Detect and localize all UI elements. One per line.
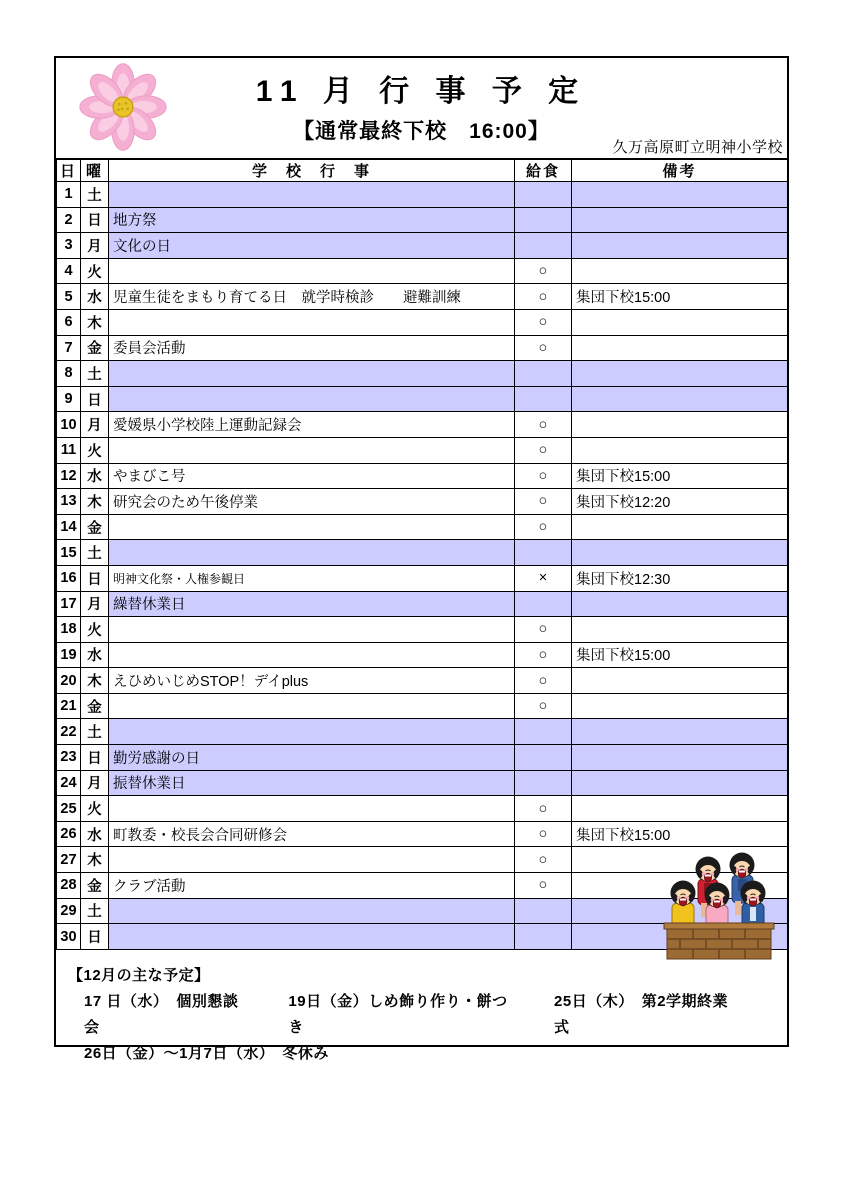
lunch-mark-cell: ○ bbox=[515, 284, 572, 310]
table-row: 15 土 bbox=[57, 540, 788, 566]
event-cell bbox=[109, 309, 515, 335]
event-cell: 愛媛県小学校陸上運動記録会 bbox=[109, 412, 515, 438]
event-cell: 明神文化祭・人権参観日 bbox=[109, 565, 515, 591]
day-cell: 19 bbox=[57, 642, 81, 668]
event-cell: 文化の日 bbox=[109, 233, 515, 259]
dow-cell: 火 bbox=[81, 617, 109, 643]
day-cell: 25 bbox=[57, 796, 81, 822]
day-cell: 26 bbox=[57, 821, 81, 847]
lunch-mark-cell: ○ bbox=[515, 412, 572, 438]
note-cell bbox=[572, 335, 788, 361]
lunch-mark-cell bbox=[515, 182, 572, 208]
day-cell: 9 bbox=[57, 386, 81, 412]
december-line-2: 26日（金）～1月7日（水） 冬休み bbox=[68, 1041, 777, 1067]
event-cell: 研究会のため午後停業 bbox=[109, 489, 515, 515]
wooden-stand bbox=[664, 923, 774, 959]
lunch-mark-cell bbox=[515, 540, 572, 566]
day-cell: 16 bbox=[57, 565, 81, 591]
note-cell bbox=[572, 361, 788, 387]
day-cell: 10 bbox=[57, 412, 81, 438]
header-dow: 曜 bbox=[81, 159, 109, 182]
day-cell: 17 bbox=[57, 591, 81, 617]
lunch-mark-cell: ○ bbox=[515, 514, 572, 540]
day-cell: 23 bbox=[57, 745, 81, 771]
note-cell bbox=[572, 309, 788, 335]
lunch-mark-cell: ○ bbox=[515, 463, 572, 489]
lunch-mark-cell: ○ bbox=[515, 489, 572, 515]
day-cell: 20 bbox=[57, 668, 81, 694]
day-cell: 6 bbox=[57, 309, 81, 335]
december-item: 25日（木） 第2学期終業式 bbox=[554, 989, 733, 1041]
header-lunch: 給食 bbox=[515, 159, 572, 182]
lunch-mark-cell: ○ bbox=[515, 617, 572, 643]
day-cell: 3 bbox=[57, 233, 81, 259]
day-cell: 13 bbox=[57, 489, 81, 515]
lunch-mark-cell: ○ bbox=[515, 258, 572, 284]
note-cell bbox=[572, 540, 788, 566]
lunch-mark-cell bbox=[515, 233, 572, 259]
event-cell bbox=[109, 693, 515, 719]
dow-cell: 水 bbox=[81, 284, 109, 310]
table-row: 19 水 ○ 集団下校15:00 bbox=[57, 642, 788, 668]
note-cell bbox=[572, 591, 788, 617]
day-cell: 18 bbox=[57, 617, 81, 643]
dow-cell: 火 bbox=[81, 796, 109, 822]
lunch-mark-cell: ○ bbox=[515, 821, 572, 847]
lunch-mark-cell bbox=[515, 591, 572, 617]
table-row: 7 金 委員会活動 ○ bbox=[57, 335, 788, 361]
dow-cell: 木 bbox=[81, 489, 109, 515]
dow-cell: 土 bbox=[81, 540, 109, 566]
lunch-mark-cell bbox=[515, 898, 572, 924]
event-cell bbox=[109, 361, 515, 387]
table-row: 9 日 bbox=[57, 386, 788, 412]
table-row: 5 水 児童生徒をまもり育てる日 就学時検診 避難訓練 ○ 集団下校15:00 bbox=[57, 284, 788, 310]
table-row: 14 金 ○ bbox=[57, 514, 788, 540]
event-cell bbox=[109, 540, 515, 566]
table-row: 21 金 ○ bbox=[57, 693, 788, 719]
lunch-mark-cell bbox=[515, 924, 572, 950]
day-cell: 2 bbox=[57, 207, 81, 233]
dow-cell: 月 bbox=[81, 412, 109, 438]
dow-cell: 金 bbox=[81, 335, 109, 361]
note-cell: 集団下校15:00 bbox=[572, 642, 788, 668]
event-cell bbox=[109, 386, 515, 412]
table-row: 25 火 ○ bbox=[57, 796, 788, 822]
note-cell bbox=[572, 796, 788, 822]
event-cell bbox=[109, 796, 515, 822]
dow-cell: 金 bbox=[81, 514, 109, 540]
school-name: 久万高原町立明神小学校 bbox=[612, 136, 783, 157]
table-row: 26 水 町教委・校長会合同研修会 ○ 集団下校15:00 bbox=[57, 821, 788, 847]
lunch-mark-cell bbox=[515, 770, 572, 796]
header-note: 備考 bbox=[572, 159, 788, 182]
note-cell bbox=[572, 386, 788, 412]
note-cell bbox=[572, 617, 788, 643]
event-cell bbox=[109, 719, 515, 745]
dow-cell: 土 bbox=[81, 361, 109, 387]
day-cell: 30 bbox=[57, 924, 81, 950]
schedule-table: 日 曜 学 校 行 事 給食 備考 1 土 2 日 地方祭 bbox=[56, 158, 788, 950]
lunch-mark-cell: × bbox=[515, 565, 572, 591]
table-row: 8 土 bbox=[57, 361, 788, 387]
event-cell: やまびこ号 bbox=[109, 463, 515, 489]
day-cell: 15 bbox=[57, 540, 81, 566]
event-cell bbox=[109, 847, 515, 873]
day-cell: 8 bbox=[57, 361, 81, 387]
note-cell: 集団下校15:00 bbox=[572, 463, 788, 489]
note-cell bbox=[572, 182, 788, 208]
header-event: 学 校 行 事 bbox=[109, 159, 515, 182]
note-cell bbox=[572, 745, 788, 771]
day-cell: 4 bbox=[57, 258, 81, 284]
lunch-mark-cell bbox=[515, 745, 572, 771]
day-cell: 29 bbox=[57, 898, 81, 924]
day-cell: 11 bbox=[57, 437, 81, 463]
lunch-mark-cell: ○ bbox=[515, 335, 572, 361]
event-cell: 児童生徒をまもり育てる日 就学時検診 避難訓練 bbox=[109, 284, 515, 310]
note-cell bbox=[572, 412, 788, 438]
dow-cell: 木 bbox=[81, 847, 109, 873]
dow-cell: 月 bbox=[81, 770, 109, 796]
note-cell: 集団下校15:00 bbox=[572, 284, 788, 310]
header: 11 月 行 事 予 定 【通常最終下校 16:00】 久万高原町立明神小学校 bbox=[56, 58, 787, 158]
table-row: 4 火 ○ bbox=[57, 258, 788, 284]
note-cell bbox=[572, 719, 788, 745]
event-cell bbox=[109, 182, 515, 208]
note-cell bbox=[572, 207, 788, 233]
lunch-mark-cell: ○ bbox=[515, 693, 572, 719]
table-row: 10 月 愛媛県小学校陸上運動記録会 ○ bbox=[57, 412, 788, 438]
dow-cell: 木 bbox=[81, 309, 109, 335]
dow-cell: 月 bbox=[81, 591, 109, 617]
day-cell: 28 bbox=[57, 873, 81, 899]
dow-cell: 水 bbox=[81, 463, 109, 489]
note-cell bbox=[572, 514, 788, 540]
table-row: 22 土 bbox=[57, 719, 788, 745]
lunch-mark-cell: ○ bbox=[515, 309, 572, 335]
event-cell: 勤労感謝の日 bbox=[109, 745, 515, 771]
table-row: 12 水 やまびこ号 ○ 集団下校15:00 bbox=[57, 463, 788, 489]
table-row: 18 火 ○ bbox=[57, 617, 788, 643]
event-cell bbox=[109, 258, 515, 284]
table-row: 16 日 明神文化祭・人権参観日 × 集団下校12:30 bbox=[57, 565, 788, 591]
table-row: 20 木 えひめいじめSTOP！デイplus ○ bbox=[57, 668, 788, 694]
singing-children-icon bbox=[660, 847, 788, 963]
note-cell bbox=[572, 693, 788, 719]
lunch-mark-cell bbox=[515, 361, 572, 387]
day-cell: 5 bbox=[57, 284, 81, 310]
event-cell bbox=[109, 924, 515, 950]
dow-cell: 水 bbox=[81, 642, 109, 668]
dow-cell: 金 bbox=[81, 873, 109, 899]
lunch-mark-cell: ○ bbox=[515, 847, 572, 873]
header-day: 日 bbox=[57, 159, 81, 182]
event-cell: クラブ活動 bbox=[109, 873, 515, 899]
dow-cell: 日 bbox=[81, 565, 109, 591]
event-cell bbox=[109, 898, 515, 924]
lunch-mark-cell: ○ bbox=[515, 873, 572, 899]
december-plans: 【12月の主な予定】 17 日（水） 個別懇談会 19日（金）しめ飾り作り・餅つ… bbox=[56, 950, 787, 1067]
table-row: 23 日 勤労感謝の日 bbox=[57, 745, 788, 771]
dow-cell: 木 bbox=[81, 668, 109, 694]
lunch-mark-cell bbox=[515, 386, 572, 412]
day-cell: 12 bbox=[57, 463, 81, 489]
day-cell: 14 bbox=[57, 514, 81, 540]
table-row: 11 火 ○ bbox=[57, 437, 788, 463]
event-cell bbox=[109, 617, 515, 643]
december-line-1: 17 日（水） 個別懇談会 19日（金）しめ飾り作り・餅つき 25日（木） 第2… bbox=[68, 989, 777, 1041]
event-cell: 振替休業日 bbox=[109, 770, 515, 796]
table-row: 1 土 bbox=[57, 182, 788, 208]
event-cell: 委員会活動 bbox=[109, 335, 515, 361]
note-cell: 集団下校12:20 bbox=[572, 489, 788, 515]
december-item: 26日（金）～1月7日（水） 冬休み bbox=[84, 1041, 329, 1067]
lunch-mark-cell: ○ bbox=[515, 668, 572, 694]
day-cell: 1 bbox=[57, 182, 81, 208]
dow-cell: 土 bbox=[81, 719, 109, 745]
note-cell bbox=[572, 770, 788, 796]
dow-cell: 金 bbox=[81, 693, 109, 719]
cosmos-flower-icon bbox=[72, 60, 174, 154]
table-row: 17 月 繰替休業日 bbox=[57, 591, 788, 617]
note-cell bbox=[572, 233, 788, 259]
dow-cell: 月 bbox=[81, 233, 109, 259]
note-cell bbox=[572, 437, 788, 463]
december-heading: 【12月の主な予定】 bbox=[68, 963, 777, 989]
day-cell: 22 bbox=[57, 719, 81, 745]
event-cell bbox=[109, 514, 515, 540]
schedule-page: 11 月 行 事 予 定 【通常最終下校 16:00】 久万高原町立明神小学校 … bbox=[0, 0, 849, 1200]
lunch-mark-cell bbox=[515, 719, 572, 745]
day-cell: 7 bbox=[57, 335, 81, 361]
dow-cell: 日 bbox=[81, 924, 109, 950]
event-cell: えひめいじめSTOP！デイplus bbox=[109, 668, 515, 694]
dow-cell: 水 bbox=[81, 821, 109, 847]
table-row: 13 木 研究会のため午後停業 ○ 集団下校12:20 bbox=[57, 489, 788, 515]
december-item: 17 日（水） 個別懇談会 bbox=[84, 989, 244, 1041]
table-header-row: 日 曜 学 校 行 事 給食 備考 bbox=[57, 159, 788, 182]
dow-cell: 日 bbox=[81, 207, 109, 233]
table-row: 3 月 文化の日 bbox=[57, 233, 788, 259]
dow-cell: 日 bbox=[81, 745, 109, 771]
lunch-mark-cell: ○ bbox=[515, 796, 572, 822]
dow-cell: 土 bbox=[81, 898, 109, 924]
dow-cell: 火 bbox=[81, 437, 109, 463]
note-cell bbox=[572, 258, 788, 284]
note-cell: 集団下校12:30 bbox=[572, 565, 788, 591]
day-cell: 27 bbox=[57, 847, 81, 873]
dow-cell: 火 bbox=[81, 258, 109, 284]
event-cell: 町教委・校長会合同研修会 bbox=[109, 821, 515, 847]
event-cell bbox=[109, 437, 515, 463]
event-cell: 繰替休業日 bbox=[109, 591, 515, 617]
lunch-mark-cell: ○ bbox=[515, 437, 572, 463]
event-cell: 地方祭 bbox=[109, 207, 515, 233]
table-row: 6 木 ○ bbox=[57, 309, 788, 335]
event-cell bbox=[109, 642, 515, 668]
lunch-mark-cell: ○ bbox=[515, 642, 572, 668]
schedule-sheet: 11 月 行 事 予 定 【通常最終下校 16:00】 久万高原町立明神小学校 … bbox=[54, 56, 789, 1047]
table-row: 24 月 振替休業日 bbox=[57, 770, 788, 796]
december-item: 19日（金）しめ飾り作り・餅つき bbox=[288, 989, 510, 1041]
day-cell: 21 bbox=[57, 693, 81, 719]
day-cell: 24 bbox=[57, 770, 81, 796]
note-cell: 集団下校15:00 bbox=[572, 821, 788, 847]
lunch-mark-cell bbox=[515, 207, 572, 233]
dow-cell: 土 bbox=[81, 182, 109, 208]
note-cell bbox=[572, 668, 788, 694]
dow-cell: 日 bbox=[81, 386, 109, 412]
table-row: 2 日 地方祭 bbox=[57, 207, 788, 233]
